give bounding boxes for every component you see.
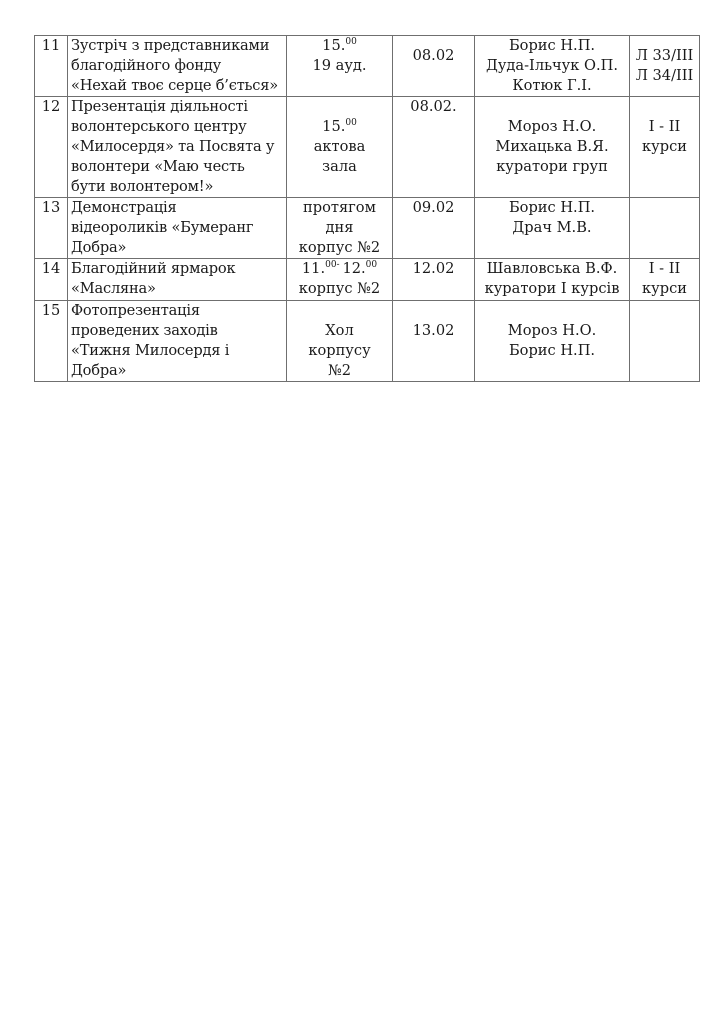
event-groups: Л 33/ІІІ Л 34/ІІІ [630, 36, 700, 97]
event-date: 08.02 [393, 36, 475, 97]
event-groups [630, 301, 700, 382]
row-number: 14 [35, 259, 68, 301]
event-responsible: Борис Н.П. Драч М.В. [475, 198, 630, 259]
table-row: 12 Презентація діяльності волонтерського… [35, 97, 700, 198]
event-title: Демонстрація відеороликів «Бумеранг Добр… [68, 198, 287, 259]
event-title: Благодійний ярмарок «Масляна» [68, 259, 287, 301]
table-row: 14 Благодійний ярмарок «Масляна» 11.00- … [35, 259, 700, 301]
event-time-place: Хол корпусу №2 [287, 301, 393, 382]
event-responsible: Мороз Н.О. Михацька В.Я. куратори груп [475, 97, 630, 198]
event-place: зала [290, 157, 389, 177]
event-time-place: 11.00- 12.00 корпус №2 [287, 259, 393, 301]
table-row: 13 Демонстрація відеороликів «Бумеранг Д… [35, 198, 700, 259]
row-number: 11 [35, 36, 68, 97]
event-title: Зустріч з представниками благодійного фо… [68, 36, 287, 97]
event-title-line: благодійного фонду [71, 56, 283, 76]
event-groups [630, 198, 700, 259]
event-time: 15.00 [290, 117, 389, 137]
event-title: Фотопрезентація проведених заходів «Тижн… [68, 301, 287, 382]
event-date: 08.02. [393, 97, 475, 198]
table-row: 15 Фотопрезентація проведених заходів «Т… [35, 301, 700, 382]
event-time-range: 11.00- 12.00 [290, 259, 389, 279]
event-title-line: «Нехай твоє серце б’ється» [71, 76, 283, 96]
event-title-line: Зустріч з представниками [71, 36, 283, 56]
event-place: 19 ауд. [290, 56, 389, 76]
table-row: 11 Зустріч з представниками благодійного… [35, 36, 700, 97]
event-responsible: Борис Н.П. Дуда-Ільчук О.П. Котюк Г.І. [475, 36, 630, 97]
event-time-place: протягом дня корпус №2 [287, 198, 393, 259]
row-number: 12 [35, 97, 68, 198]
event-responsible: Мороз Н.О. Борис Н.П. [475, 301, 630, 382]
row-number: 15 [35, 301, 68, 382]
event-place: корпус №2 [290, 279, 389, 299]
event-time-place: 15.00 актова зала [287, 97, 393, 198]
events-schedule-table: 11 Зустріч з представниками благодійного… [34, 35, 700, 382]
event-groups: І - ІІ курси [630, 97, 700, 198]
row-number: 13 [35, 198, 68, 259]
event-time-place: 15.00 19 ауд. [287, 36, 393, 97]
event-title: Презентація діяльності волонтерського це… [68, 97, 287, 198]
event-time: 15.00 [290, 36, 389, 56]
event-date: 13.02 [393, 301, 475, 382]
event-responsible: Шавловська В.Ф. куратори І курсів [475, 259, 630, 301]
event-date: 12.02 [393, 259, 475, 301]
event-place: актова [290, 137, 389, 157]
event-date: 09.02 [393, 198, 475, 259]
event-groups: І - ІІ курси [630, 259, 700, 301]
document-page: 11 Зустріч з представниками благодійного… [0, 0, 724, 1024]
